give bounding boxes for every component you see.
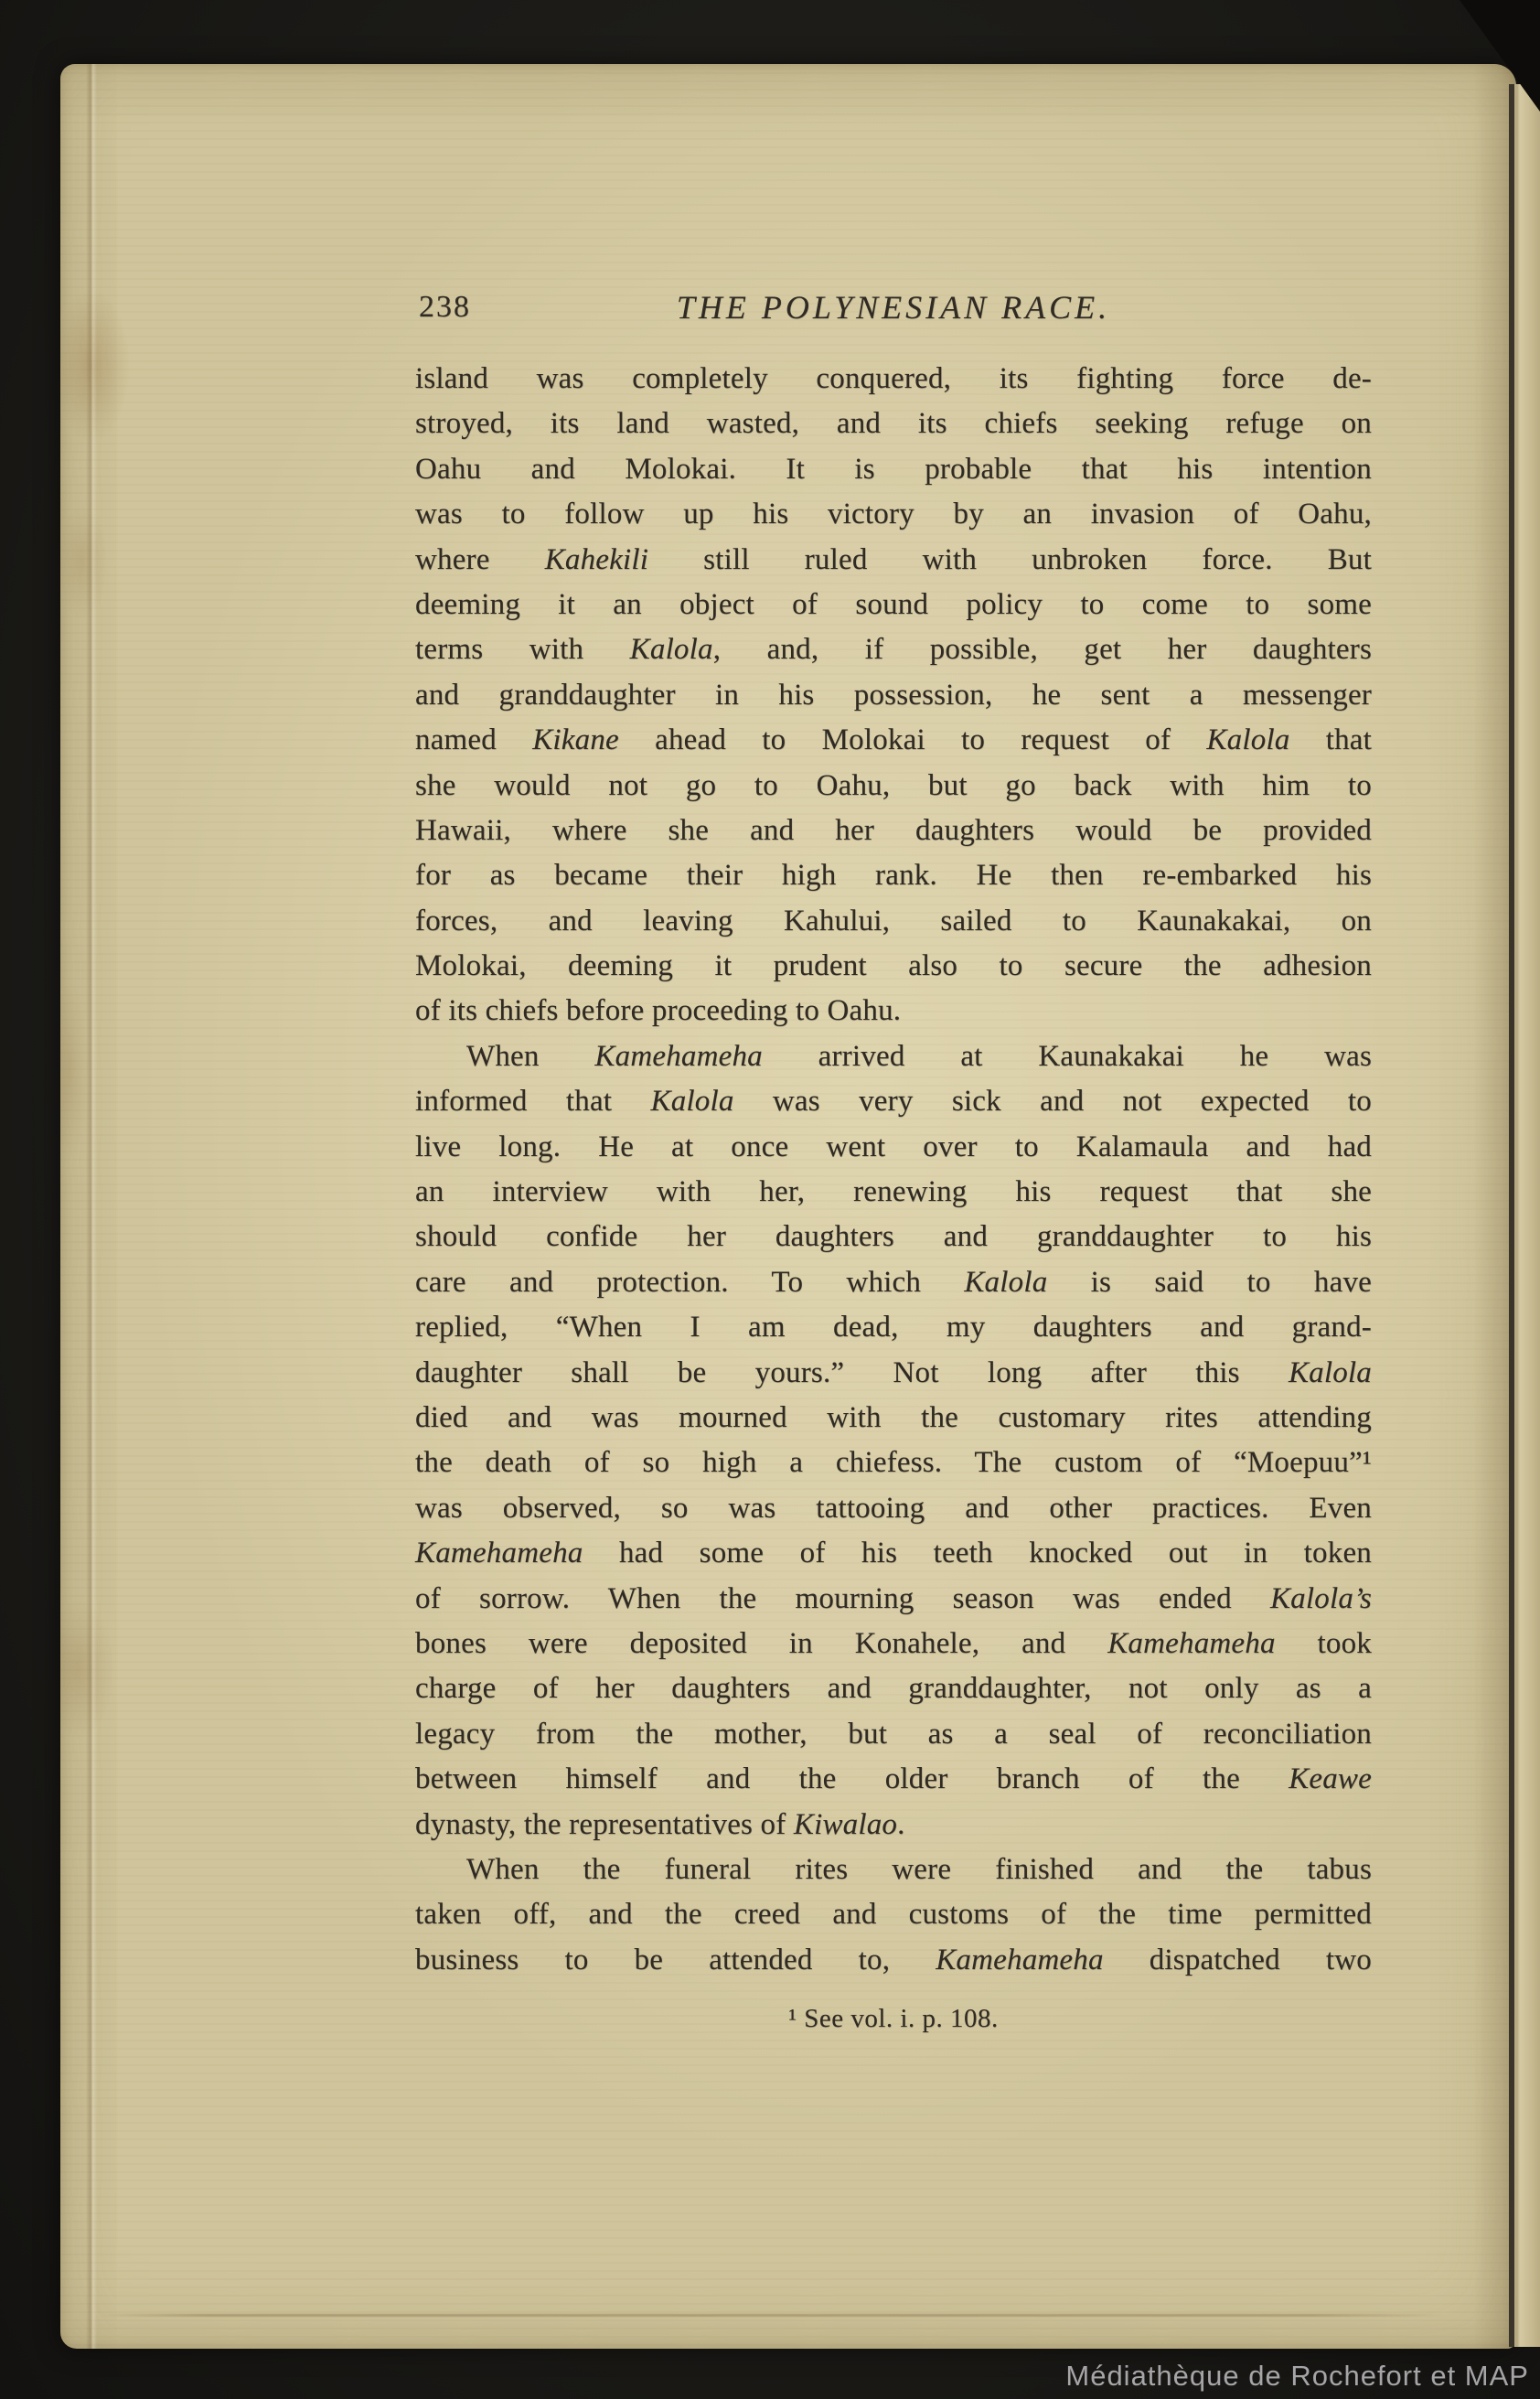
text-line: an interview with her, renewing his requ… xyxy=(415,1170,1372,1215)
text-line: the death of so high a chiefess. The cus… xyxy=(415,1440,1372,1485)
page-bottom-crease xyxy=(101,2314,1445,2317)
text-line: of sorrow. When the mourning season was … xyxy=(415,1577,1372,1622)
watermark-credit: Médiathèque de Rochefort et MAP xyxy=(1065,2360,1529,2393)
text-line: died and was mourned with the customary … xyxy=(415,1396,1372,1440)
text-line: When Kamehameha arrived at Kaunakakai he… xyxy=(415,1034,1372,1079)
page-fold-crease xyxy=(86,64,97,2349)
text-line: was to follow up his victory by an invas… xyxy=(415,492,1372,537)
text-line: island was completely conquered, its fig… xyxy=(415,357,1372,402)
text-line: charge of her daughters and granddaughte… xyxy=(415,1666,1372,1711)
text-line: dynasty, the representatives of Kiwalao. xyxy=(415,1803,1372,1847)
text-line: Molokai, deeming it prudent also to secu… xyxy=(415,944,1372,989)
running-title: THE POLYNESIAN RACE. xyxy=(415,289,1372,326)
text-line: business to be attended to, Kamehameha d… xyxy=(415,1938,1372,1983)
text-line: replied, “When I am dead, my daughters a… xyxy=(415,1305,1372,1350)
adjacent-page-edge xyxy=(1509,84,1540,2347)
text-line: deeming it an object of sound policy to … xyxy=(415,583,1372,627)
text-line: named Kikane ahead to Molokai to request… xyxy=(415,718,1372,763)
text-line: between himself and the older branch of … xyxy=(415,1757,1372,1802)
text-line: where Kahekili still ruled with unbroken… xyxy=(415,538,1372,583)
paragraph: When Kamehameha arrived at Kaunakakai he… xyxy=(415,1034,1372,1847)
page-content: 238 THE POLYNESIAN RACE. island was comp… xyxy=(415,289,1372,2034)
text-line: was observed, so was tattooing and other… xyxy=(415,1486,1372,1531)
text-line: legacy from the mother, but as a seal of… xyxy=(415,1712,1372,1757)
text-line: bones were deposited in Konahele, and Ka… xyxy=(415,1622,1372,1666)
body-text: island was completely conquered, its fig… xyxy=(415,357,1372,1983)
text-line: of its chiefs before proceeding to Oahu. xyxy=(415,989,1372,1033)
text-line: for as became their high rank. He then r… xyxy=(415,853,1372,898)
text-line: daughter shall be yours.” Not long after… xyxy=(415,1351,1372,1396)
text-line: should confide her daughters and grandda… xyxy=(415,1215,1372,1259)
book-page: 238 THE POLYNESIAN RACE. island was comp… xyxy=(60,64,1516,2349)
text-line: and granddaughter in his possession, he … xyxy=(415,673,1372,718)
text-line: informed that Kalola was very sick and n… xyxy=(415,1079,1372,1124)
paragraph: island was completely conquered, its fig… xyxy=(415,357,1372,1034)
page-header: 238 THE POLYNESIAN RACE. xyxy=(415,289,1372,326)
text-line: Oahu and Molokai. It is probable that hi… xyxy=(415,447,1372,492)
text-line: stroyed, its land wasted, and its chiefs… xyxy=(415,402,1372,446)
text-line: live long. He at once went over to Kalam… xyxy=(415,1125,1372,1170)
text-line: she would not go to Oahu, but go back wi… xyxy=(415,764,1372,809)
text-line: forces, and leaving Kahului, sailed to K… xyxy=(415,899,1372,944)
scan-background: 238 THE POLYNESIAN RACE. island was comp… xyxy=(0,0,1540,2399)
text-line: terms with Kalola, and, if possible, get… xyxy=(415,627,1372,672)
text-line: When the funeral rites were finished and… xyxy=(415,1847,1372,1892)
text-line: Kamehameha had some of his teeth knocked… xyxy=(415,1531,1372,1576)
text-line: taken off, and the creed and customs of … xyxy=(415,1892,1372,1937)
footnote: ¹ See vol. i. p. 108. xyxy=(415,2004,1372,2034)
text-line: Hawaii, where she and her daughters woul… xyxy=(415,809,1372,853)
text-line: care and protection. To which Kalola is … xyxy=(415,1260,1372,1305)
paragraph: When the funeral rites were finished and… xyxy=(415,1847,1372,1983)
